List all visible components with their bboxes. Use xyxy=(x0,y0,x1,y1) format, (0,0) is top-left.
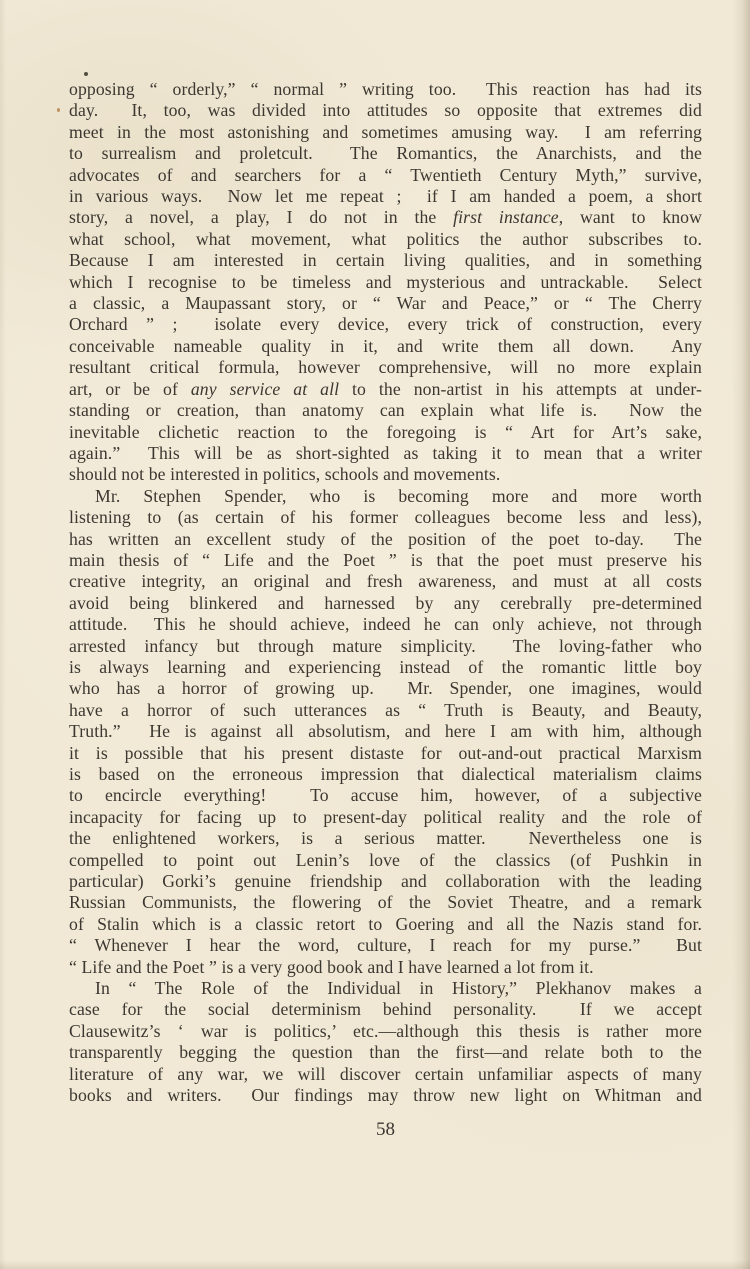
text-line: which I recognise to be timeless and mys… xyxy=(69,272,702,293)
text-line: Clausewitz’s ‘ war is politics,’ etc.—al… xyxy=(69,1021,702,1042)
text-line: opposing “ orderly,” “ normal ” writing … xyxy=(69,79,702,100)
text-line: books and writers. Our findings may thro… xyxy=(69,1085,702,1106)
page-text: opposing “ orderly,” “ normal ” writing … xyxy=(69,79,702,1107)
text-line: has written an excellent study of the po… xyxy=(69,529,702,550)
page-edge-shadow-right xyxy=(732,0,750,1269)
text-line: standing or creation, than anatomy can e… xyxy=(69,400,702,421)
text-line: who has a horror of growing up. Mr. Spen… xyxy=(69,678,702,699)
text-line: main thesis of “ Life and the Poet ” is … xyxy=(69,550,702,571)
page-edge-shadow-left xyxy=(0,0,6,1269)
text-line: attitude. This he should achieve, indeed… xyxy=(69,614,702,635)
text-line: avoid being blinkered and harnessed by a… xyxy=(69,593,702,614)
text-line: case for the social determinism behind p… xyxy=(69,999,702,1020)
text-line: it is possible that his present distaste… xyxy=(69,743,702,764)
text-line: a classic, a Maupassant story, or “ War … xyxy=(69,293,702,314)
text-line: meet in the most astonishing and sometim… xyxy=(69,122,702,143)
text-line: Mr. Stephen Spender, who is becoming mor… xyxy=(69,486,702,507)
text-line: literature of any war, we will discover … xyxy=(69,1064,702,1085)
book-page: opposing “ orderly,” “ normal ” writing … xyxy=(0,0,750,1269)
text-line: In “ The Role of the Individual in Histo… xyxy=(69,978,702,999)
text-line: arrested infancy but through mature simp… xyxy=(69,636,702,657)
text-line: should not be interested in politics, sc… xyxy=(69,464,702,485)
page-number: 58 xyxy=(69,1119,702,1141)
text-line: particular) Gorki’s genuine friendship a… xyxy=(69,871,702,892)
text-line: what school, what movement, what politic… xyxy=(69,229,702,250)
text-line: in various ways. Now let me repeat ; if … xyxy=(69,186,702,207)
text-line: the enlightened workers, is a serious ma… xyxy=(69,828,702,849)
text-line: Orchard ” ; isolate every device, every … xyxy=(69,314,702,335)
page-edge-shadow-bottom xyxy=(0,1260,750,1269)
text-line: compelled to point out Lenin’s love of t… xyxy=(69,850,702,871)
text-line: story, a novel, a play, I do not in the … xyxy=(69,207,702,228)
text-line: Truth.” He is against all absolutism, an… xyxy=(69,721,702,742)
text-line: “ Whenever I hear the word, culture, I r… xyxy=(69,935,702,956)
text-line: day. It, too, was divided into attitudes… xyxy=(69,100,702,121)
text-line: to surrealism and proletcult. The Romant… xyxy=(69,143,702,164)
paper-speck xyxy=(57,108,60,112)
text-line: Russian Communists, the flowering of the… xyxy=(69,892,702,913)
text-line: listening to (as certain of his former c… xyxy=(69,507,702,528)
text-line: conceivable nameable quality in it, and … xyxy=(69,336,702,357)
text-line: creative integrity, an original and fres… xyxy=(69,571,702,592)
text-line: have a horror of such utterances as “ Tr… xyxy=(69,700,702,721)
text-line: resultant critical formula, however comp… xyxy=(69,357,702,378)
text-line: advocates of and searchers for a “ Twent… xyxy=(69,165,702,186)
text-line: incapacity for facing up to present-day … xyxy=(69,807,702,828)
text-line: of Stalin which is a classic retort to G… xyxy=(69,914,702,935)
text-line: art, or be of any service at all to the … xyxy=(69,379,702,400)
text-line: again.” This will be as short-sighted as… xyxy=(69,443,702,464)
text-line: “ Life and the Poet ” is a very good boo… xyxy=(69,957,702,978)
text-line: is based on the erroneous impression tha… xyxy=(69,764,702,785)
text-line: transparently begging the question than … xyxy=(69,1042,702,1063)
text-line: to encircle everything! To accuse him, h… xyxy=(69,785,702,806)
text-line: inevitable clichetic reaction to the for… xyxy=(69,422,702,443)
text-line: Because I am interested in certain livin… xyxy=(69,250,702,271)
paper-speck xyxy=(84,72,88,76)
text-line: is always learning and experiencing inst… xyxy=(69,657,702,678)
